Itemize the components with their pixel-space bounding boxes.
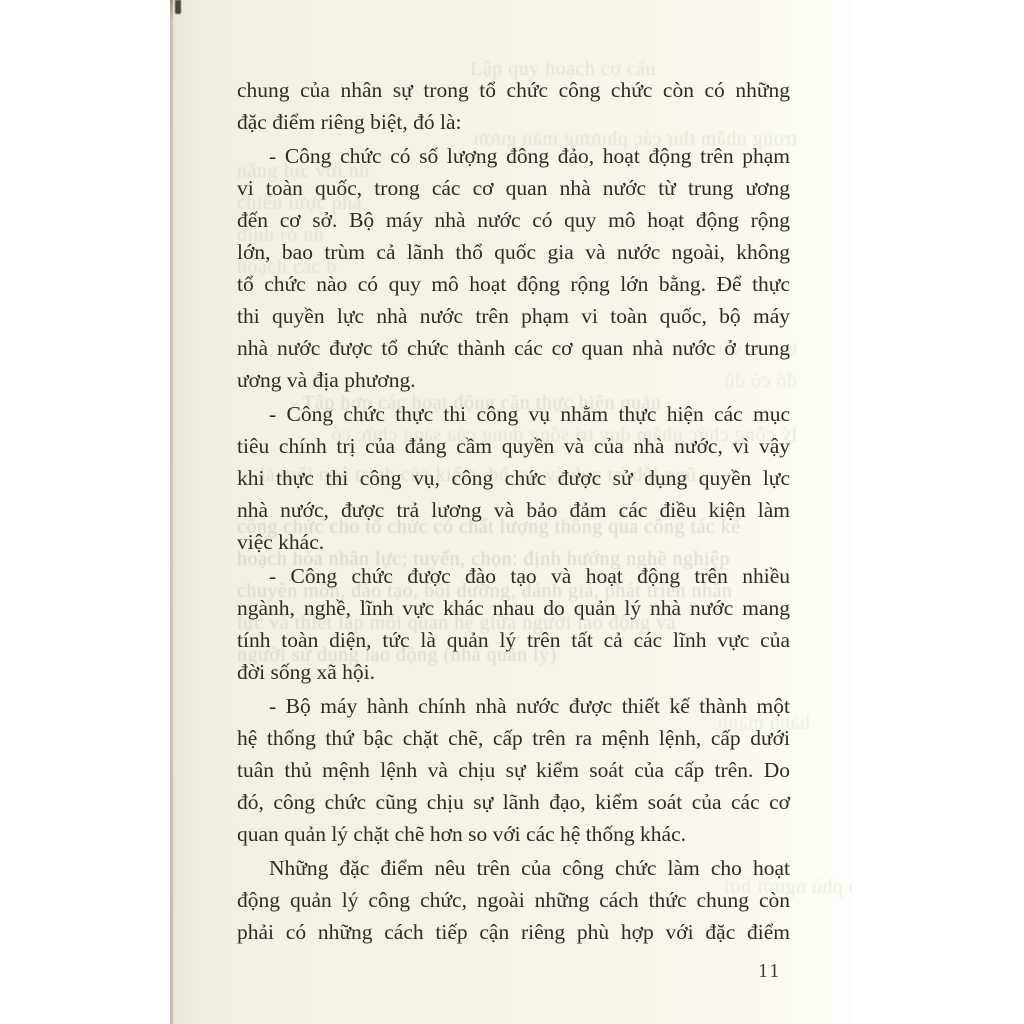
text-line: việc khác.	[237, 526, 790, 558]
book-page: Lập quy hoạch cơ cấunước xây dựngtrong n…	[170, 0, 852, 1024]
text-line: tuân thủ mệnh lệnh và chịu sự kiểm soát …	[237, 754, 790, 786]
text-line: - Công chức được đào tạo và hoạt động tr…	[237, 560, 790, 592]
page-number: 11	[758, 960, 781, 983]
text-line: - Bộ máy hành chính nhà nước được thiết …	[237, 690, 790, 722]
text-line: - Công chức có số lượng đông đảo, hoạt đ…	[237, 140, 790, 172]
text-line: phải có những cách tiếp cận riêng phù hợ…	[237, 916, 790, 948]
paragraph: - Công chức được đào tạo và hoạt động tr…	[237, 560, 790, 688]
paragraph: chung của nhân sự trong tổ chức công chứ…	[237, 74, 790, 138]
text-line: chung của nhân sự trong tổ chức công chứ…	[237, 74, 790, 106]
text-line: ngành, nghề, lĩnh vực khác nhau do quản …	[237, 592, 790, 624]
text-line: tổ chức nào có quy mô hoạt động rộng lớn…	[237, 268, 790, 300]
text-line: đến cơ sở. Bộ máy nhà nước có quy mô hoạ…	[237, 204, 790, 236]
page-text-block: chung của nhân sự trong tổ chức công chứ…	[237, 74, 790, 950]
text-line: ương và địa phương.	[237, 364, 790, 396]
text-line: đó, công chức cũng chịu sự lãnh đạo, kiể…	[237, 786, 790, 818]
text-line: đời sống xã hội.	[237, 656, 790, 688]
paragraph: - Bộ máy hành chính nhà nước được thiết …	[237, 690, 790, 850]
text-line: tiêu chính trị của đảng cầm quyền và của…	[237, 430, 790, 462]
text-line: Những đặc điểm nêu trên của công chức là…	[237, 852, 790, 884]
text-line: - Công chức thực thi công vụ nhằm thực h…	[237, 398, 790, 430]
text-line: vi toàn quốc, trong các cơ quan nhà nước…	[237, 172, 790, 204]
text-line: nhà nước được tổ chức thành các cơ quan …	[237, 332, 790, 364]
text-line: khi thực thi công vụ, công chức được sử …	[237, 462, 790, 494]
paragraph: Những đặc điểm nêu trên của công chức là…	[237, 852, 790, 948]
text-line: đặc điểm riêng biệt, đó là:	[237, 106, 790, 138]
text-line: thi quyền lực nhà nước trên phạm vi toàn…	[237, 300, 790, 332]
text-line: động quản lý công chức, ngoài những cách…	[237, 884, 790, 916]
paragraph: - Công chức có số lượng đông đảo, hoạt đ…	[237, 140, 790, 396]
text-line: lớn, bao trùm cả lãnh thổ quốc gia và nư…	[237, 236, 790, 268]
scanned-book-page: Lập quy hoạch cơ cấunước xây dựngtrong n…	[0, 0, 1024, 1024]
text-line: quan quản lý chặt chẽ hơn so với các hệ …	[237, 818, 790, 850]
text-line: nhà nước, được trả lương và bảo đảm các …	[237, 494, 790, 526]
text-line: tính toàn diện, tức là quản lý trên tất …	[237, 624, 790, 656]
paragraph: - Công chức thực thi công vụ nhằm thực h…	[237, 398, 790, 558]
text-line: hệ thống thứ bậc chặt chẽ, cấp trên ra m…	[237, 722, 790, 754]
